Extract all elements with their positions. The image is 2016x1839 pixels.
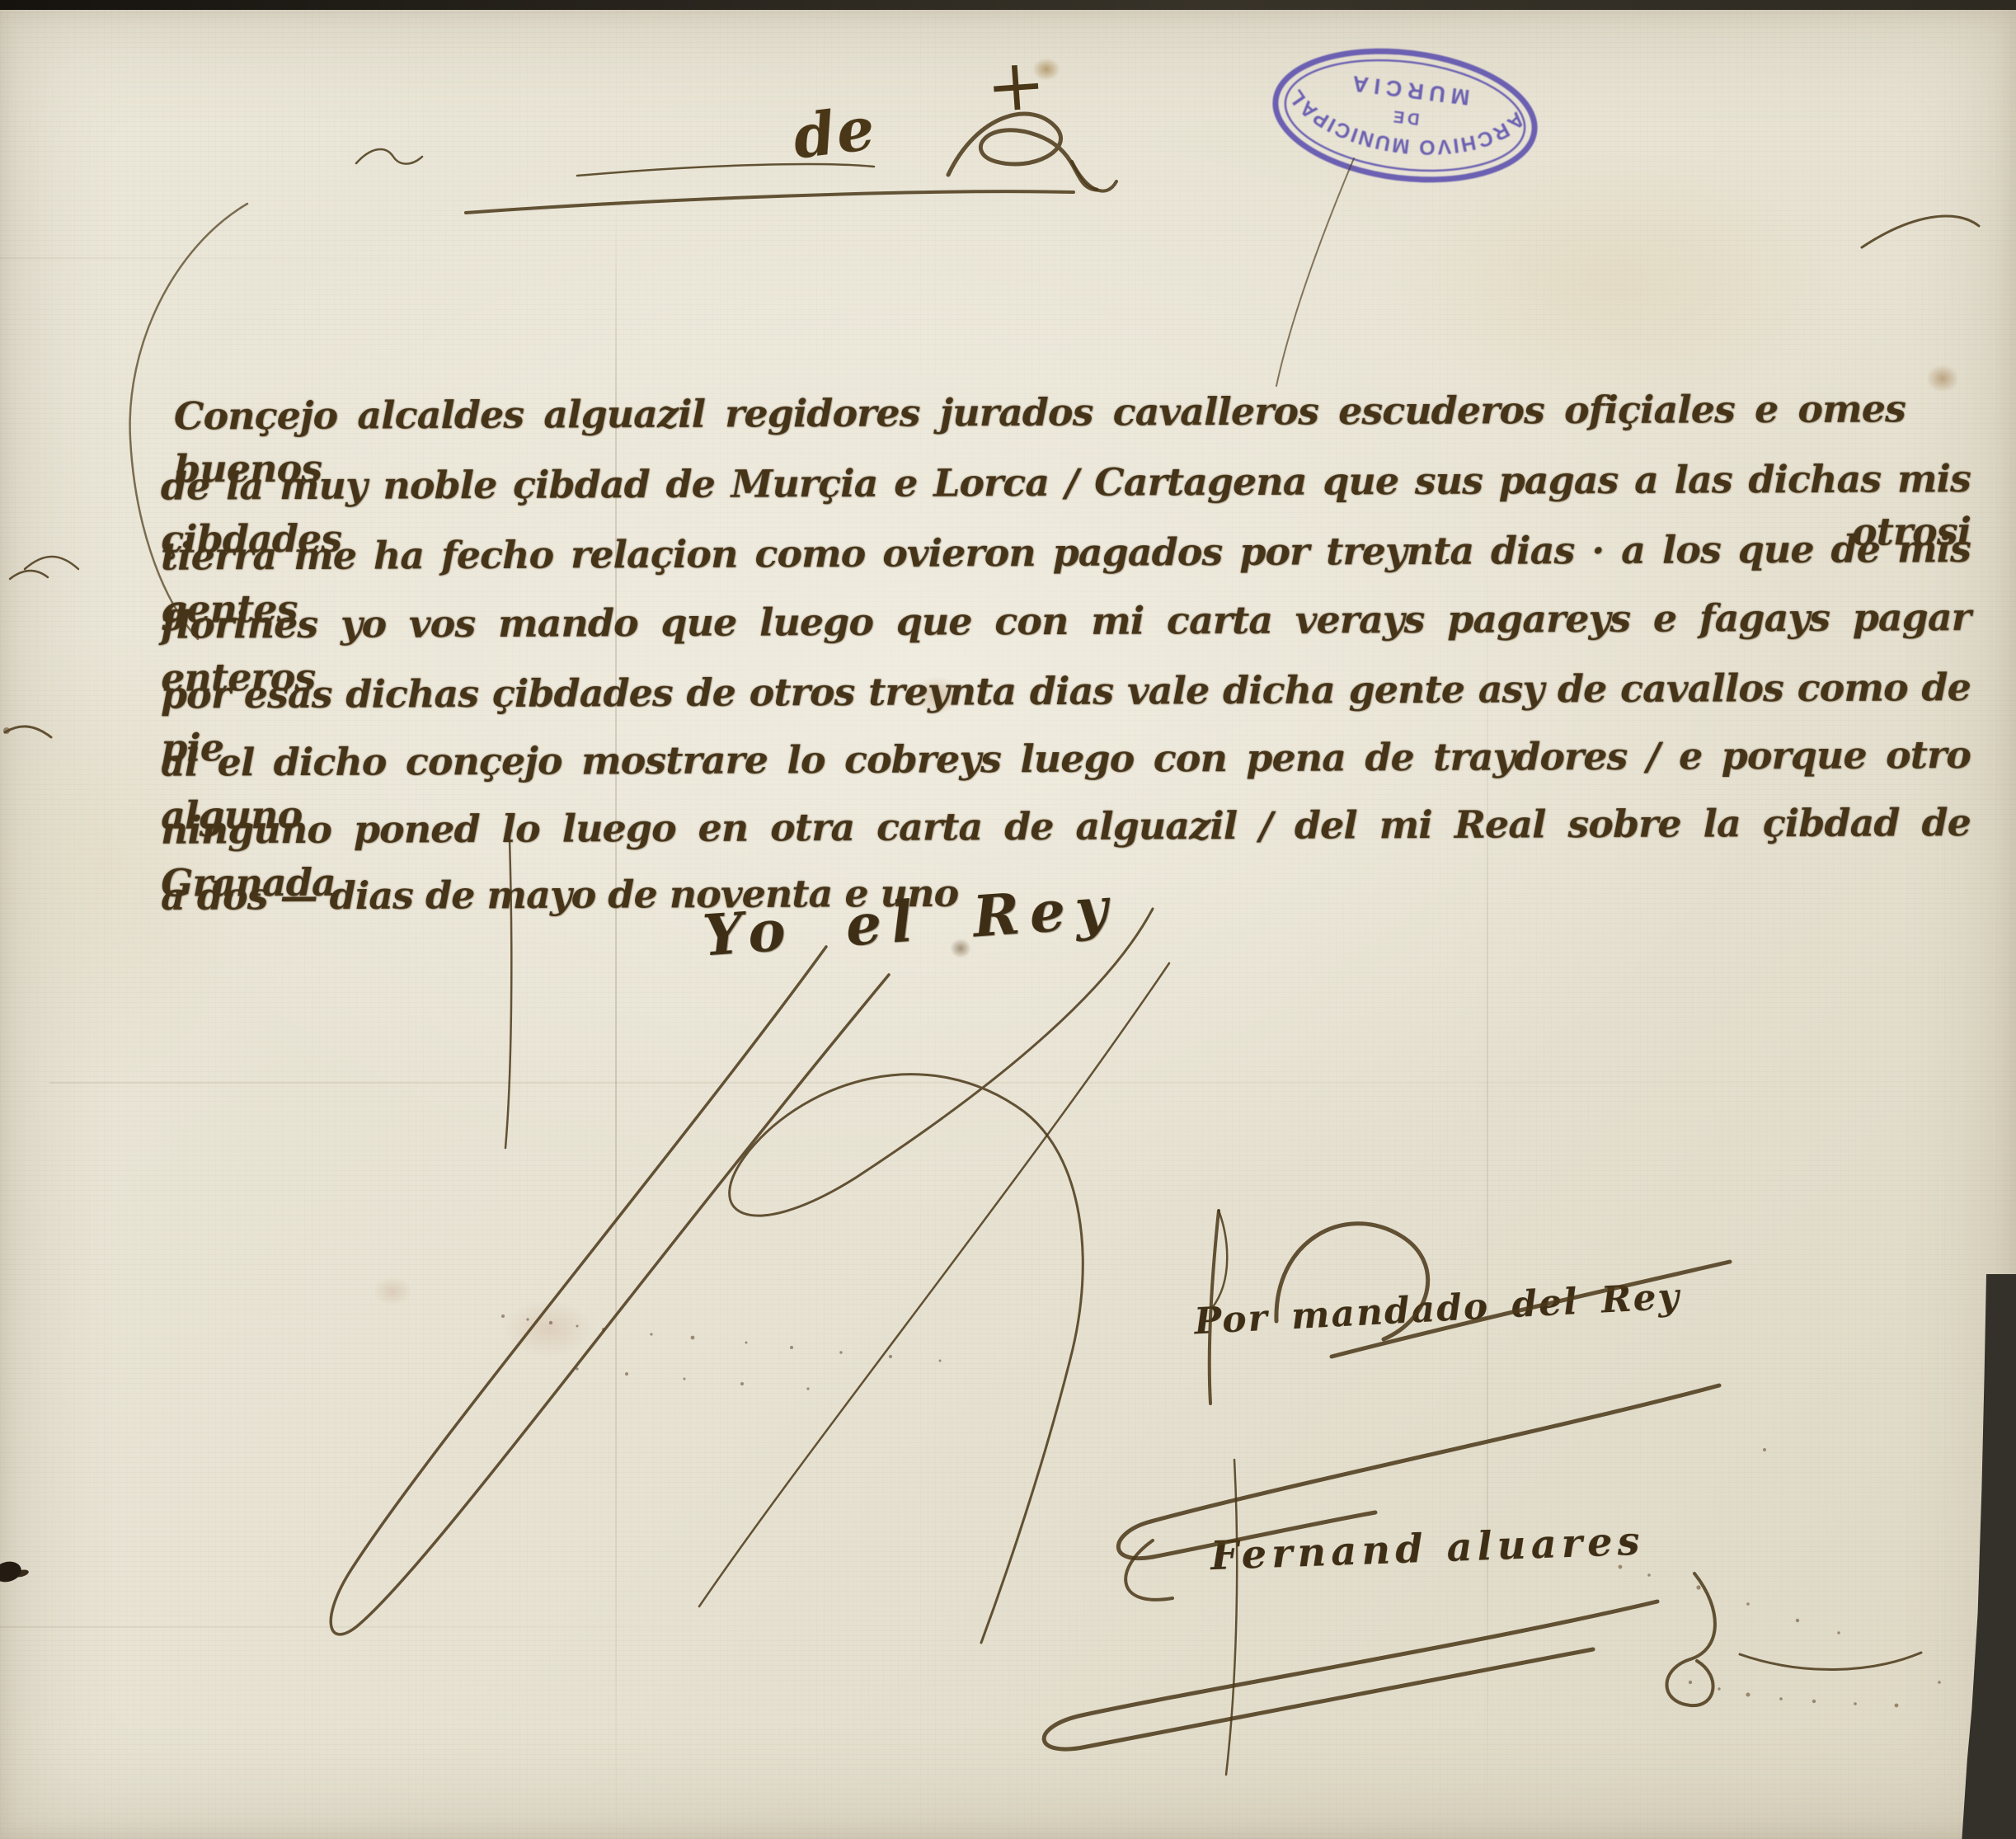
stamp-bottom-text: MURCIA xyxy=(1346,70,1472,110)
stamp-middle-text: DE xyxy=(1389,106,1421,128)
manuscript-scan: + de Conçejo alcaldes alguazil regidores… xyxy=(0,0,2016,1839)
scan-background-top-edge xyxy=(0,0,2016,10)
invocation-cross: + xyxy=(984,43,1049,129)
heading-cipher-text: de xyxy=(789,92,880,172)
